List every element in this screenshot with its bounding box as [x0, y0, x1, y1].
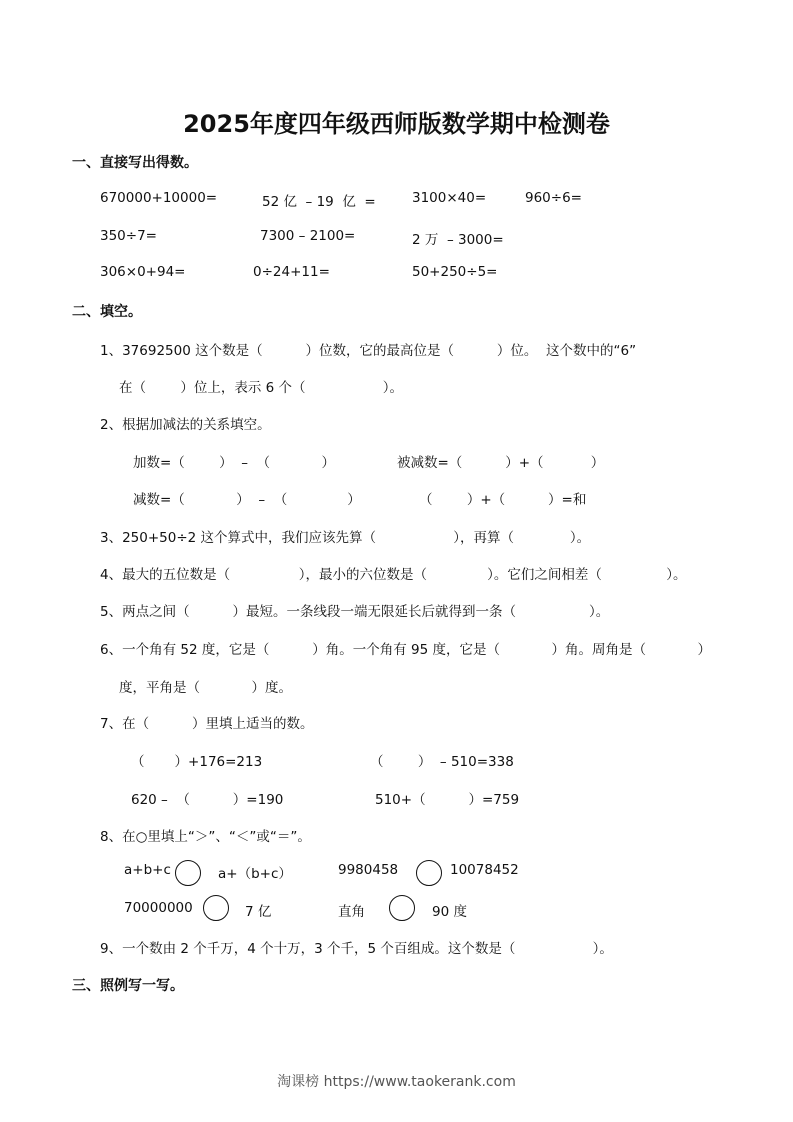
compare-right: 10078452	[450, 862, 519, 878]
question-6-line-2: 度，平角是（ ）度。	[119, 676, 292, 696]
compare-circle[interactable]	[416, 860, 442, 886]
compare-right: 90 度	[432, 900, 467, 920]
compare-left: 直角	[338, 900, 365, 920]
section-3-heading: 三、照例写一写。	[72, 975, 184, 995]
compare-right: a+（b+c）	[218, 862, 292, 882]
question-1-line-2: 在（ ）位上，表示 6 个（ ）。	[119, 376, 403, 396]
page-title: 2025年度四年级西师版数学期中检测卷	[0, 104, 793, 139]
question-3: 3、250+50÷2 这个算式中，我们应该先算（ ），再算（ ）。	[100, 526, 590, 546]
compare-circle[interactable]	[203, 895, 229, 921]
question-2-item-b: 被减数=（ ）+（ ）	[397, 451, 604, 471]
calc-item: 7300 – 2100=	[260, 228, 355, 244]
question-2-item-a: 加数=（ ） – （ ）	[133, 451, 335, 471]
section-1-heading: 一、直接写出得数。	[72, 152, 198, 172]
footer-watermark: 淘课榜 https://www.taokerank.com	[0, 1071, 793, 1091]
compare-circle[interactable]	[389, 895, 415, 921]
calc-item: 52 亿 – 19 亿 =	[262, 190, 376, 210]
question-8-line-1: 8、在○里填上“＞”、“＜”或“＝”。	[100, 825, 311, 845]
question-7-item-b: （ ） – 510=338	[370, 750, 514, 770]
question-7-line-1: 7、在（ ）里填上适当的数。	[100, 712, 314, 732]
compare-circle[interactable]	[175, 860, 201, 886]
compare-left: 9980458	[338, 862, 398, 878]
question-2-line-1: 2、根据加减法的关系填空。	[100, 413, 271, 433]
question-7-item-d: 510+（ ）=759	[375, 788, 519, 808]
calc-item: 306×0+94=	[100, 264, 185, 280]
section-2-heading: 二、填空。	[72, 301, 142, 321]
calc-item: 960÷6=	[525, 190, 582, 206]
calc-item: 50+250÷5=	[412, 264, 497, 280]
question-6-line-1: 6、一个角有 52 度，它是（ ）角。一个角有 95 度，它是（ ）角。周角是（…	[100, 638, 711, 658]
question-2-item-d: （ ）+（ ）=和	[419, 488, 586, 508]
question-5: 5、两点之间（ ）最短。一条线段一端无限延长后就得到一条（ ）。	[100, 600, 609, 620]
question-4: 4、最大的五位数是（ ），最小的六位数是（ ）。它们之间相差（ ）。	[100, 563, 686, 583]
compare-left: a+b+c	[124, 862, 171, 878]
question-7-item-a: （ ）+176=213	[131, 750, 262, 770]
compare-right: 7 亿	[245, 900, 271, 920]
question-9: 9、一个数由 2 个千万，4 个十万，3 个千，5 个百组成。这个数是（ ）。	[100, 937, 613, 957]
question-2-item-c: 减数=（ ） – （ ）	[133, 488, 361, 508]
calc-item: 350÷7=	[100, 228, 157, 244]
question-1-line-1: 1、37692500 这个数是（ ）位数，它的最高位是（ ）位。 这个数中的“6…	[100, 339, 636, 359]
calc-item: 670000+10000=	[100, 190, 217, 206]
calc-item: 3100×40=	[412, 190, 486, 206]
compare-left: 70000000	[124, 900, 193, 916]
calc-item: 0÷24+11=	[253, 264, 330, 280]
question-7-item-c: 620 – （ ）=190	[131, 788, 283, 808]
calc-item: 2 万 – 3000=	[412, 228, 504, 248]
